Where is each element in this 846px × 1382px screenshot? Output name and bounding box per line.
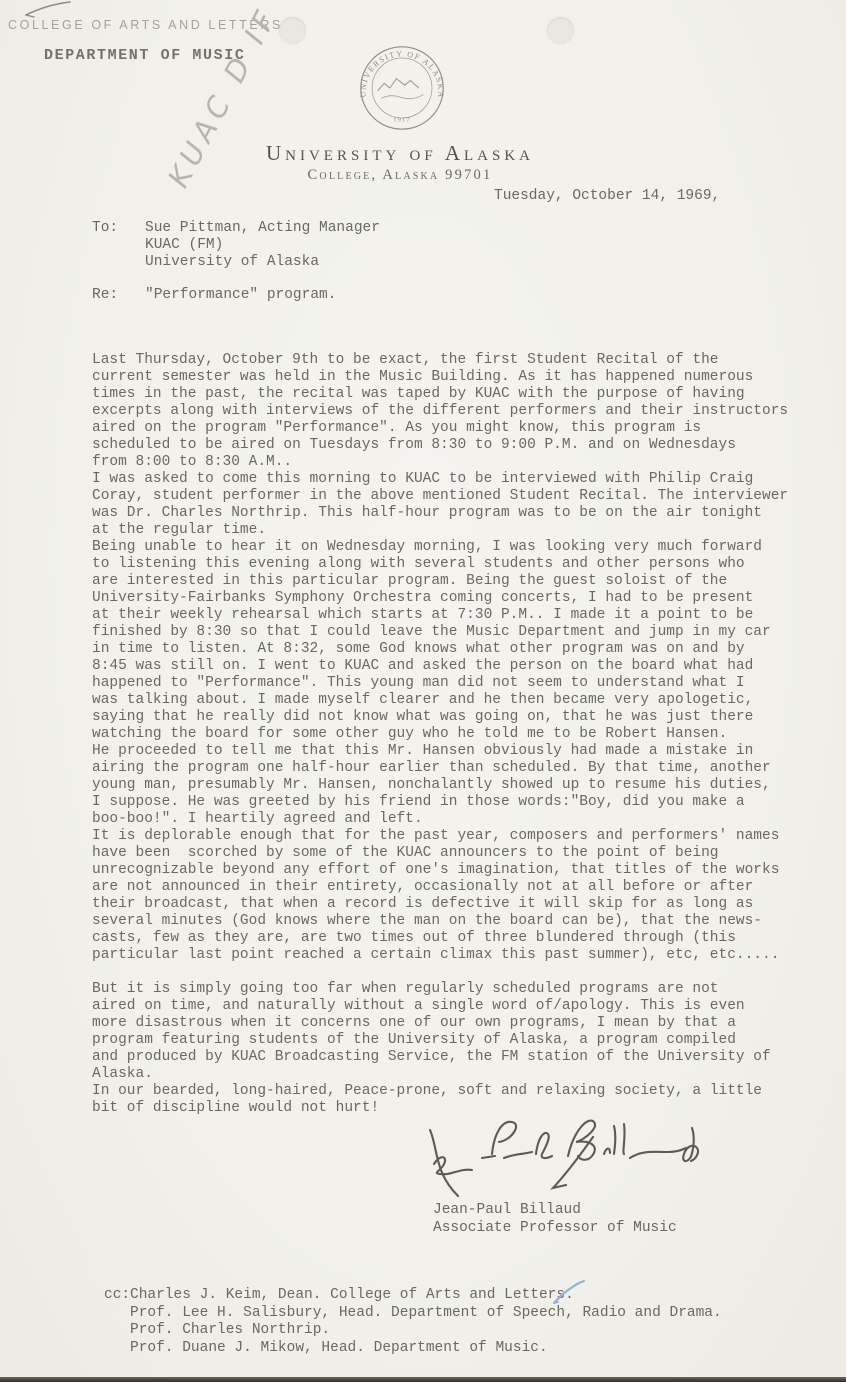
body-paragraph bbox=[92, 964, 804, 981]
body-paragraph: I was asked to come this morning to KUAC… bbox=[92, 471, 804, 539]
svg-text:1917: 1917 bbox=[393, 117, 411, 124]
cc-entry: Prof. Lee H. Salisbury, Head. Department… bbox=[130, 1305, 722, 1323]
pen-checkmark-icon bbox=[550, 1279, 588, 1307]
body-paragraph: Last Thursday, October 9th to be exact, … bbox=[92, 352, 804, 471]
recipient-lines: Sue Pittman, Acting ManagerKUAC (FM)Univ… bbox=[145, 220, 380, 271]
university-name: University of Alaska bbox=[250, 141, 550, 166]
recipient-block: To: Sue Pittman, Acting ManagerKUAC (FM)… bbox=[92, 220, 380, 271]
signature-title: Associate Professor of Music bbox=[433, 1220, 677, 1238]
department-stamp-line: DEPARTMENT OF MUSIC bbox=[44, 47, 245, 64]
body-paragraph: In our bearded, long-haired, Peace-prone… bbox=[92, 1083, 804, 1117]
cc-label: cc: bbox=[104, 1287, 130, 1305]
body-paragraph: Being unable to hear it on Wednesday mor… bbox=[92, 539, 804, 743]
university-seal-icon: UNIVERSITY OF ALASKA 1917 bbox=[356, 44, 448, 132]
signature-block: Jean-Paul Billaud Associate Professor of… bbox=[433, 1202, 677, 1237]
date-line: Tuesday, October 14, 1969, bbox=[494, 188, 720, 204]
cc-entry: Charles J. Keim, Dean. College of Arts a… bbox=[130, 1287, 722, 1305]
hole-punch-right-icon bbox=[547, 17, 574, 44]
cc-entry: Prof. Duane J. Mikow, Head. Department o… bbox=[130, 1340, 722, 1358]
hole-punch-left-icon bbox=[279, 17, 306, 44]
subject-block: Re: "Performance" program. bbox=[92, 287, 336, 303]
svg-text:UNIVERSITY OF ALASKA: UNIVERSITY OF ALASKA bbox=[358, 49, 445, 99]
university-address: College, Alaska 99701 bbox=[250, 167, 550, 184]
recipient-label: To: bbox=[92, 220, 118, 237]
subject-text: "Performance" program. bbox=[145, 287, 336, 303]
signature-name: Jean-Paul Billaud bbox=[433, 1202, 677, 1220]
pencil-tick-icon bbox=[22, 0, 76, 20]
recipient-line: Sue Pittman, Acting Manager bbox=[145, 220, 380, 237]
letter-scan-page: COLLEGE OF ARTS AND LETTERS DEPARTMENT O… bbox=[0, 0, 846, 1382]
body-paragraph: But it is simply going too far when regu… bbox=[92, 981, 804, 1083]
recipient-line: KUAC (FM) bbox=[145, 237, 380, 254]
handwritten-signature bbox=[418, 1114, 718, 1214]
subject-label: Re: bbox=[92, 287, 118, 303]
university-heading: University of Alaska College, Alaska 997… bbox=[250, 141, 550, 184]
scan-bottom-edge bbox=[0, 1377, 846, 1382]
cc-entry: Prof. Charles Northrip. bbox=[130, 1322, 722, 1340]
body-paragraph: He proceeded to tell me that this Mr. Ha… bbox=[92, 743, 804, 828]
letter-body: Last Thursday, October 9th to be exact, … bbox=[92, 352, 804, 1117]
cc-entries: Charles J. Keim, Dean. College of Arts a… bbox=[130, 1287, 722, 1357]
cc-block: cc: Charles J. Keim, Dean. College of Ar… bbox=[104, 1287, 722, 1357]
recipient-line: University of Alaska bbox=[145, 254, 380, 271]
body-paragraph: It is deplorable enough that for the pas… bbox=[92, 828, 804, 964]
